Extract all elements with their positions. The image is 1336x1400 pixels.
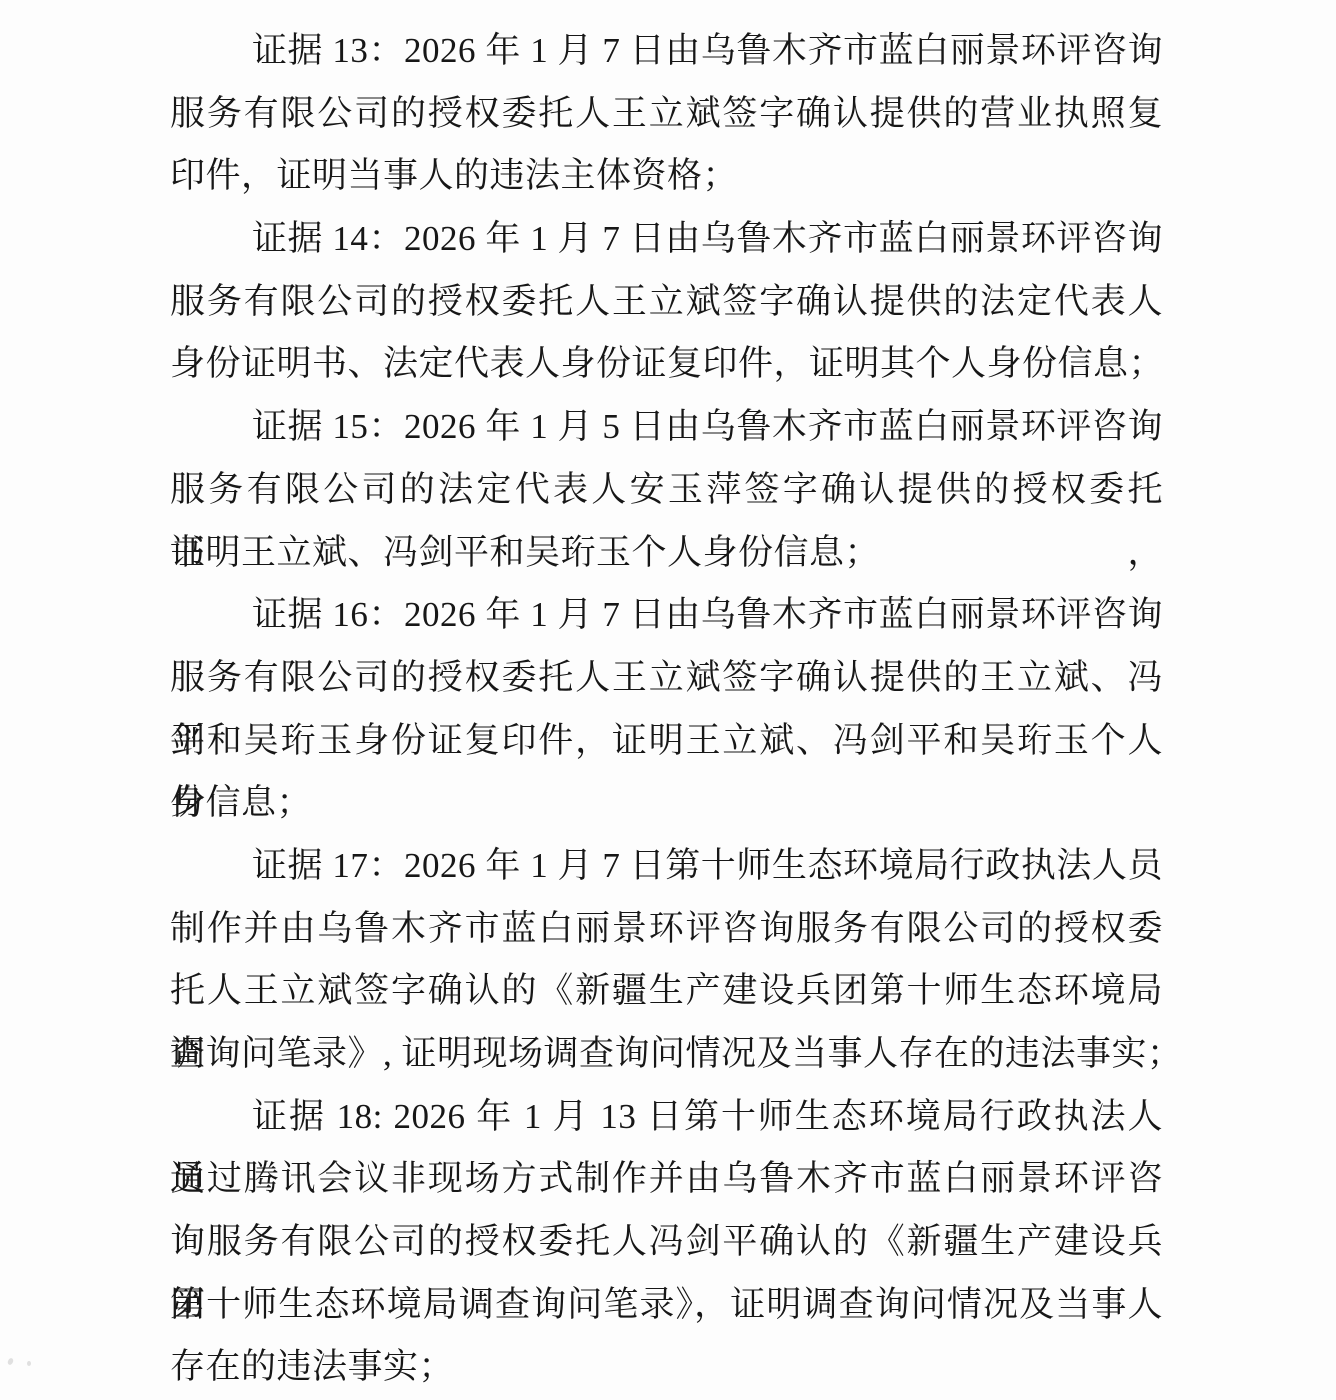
document-page: 证据 13：2026 年 1 月 7 日由乌鲁木齐市蓝白丽景环评咨询 服务有限公… xyxy=(0,0,1336,1400)
evidence-paragraph-15: 证据 15：2026 年 1 月 5 日由乌鲁木齐市蓝白丽景环评咨询 服务有限公… xyxy=(170,396,1163,584)
text-line: 证据 13：2026 年 1 月 7 日由乌鲁木齐市蓝白丽景环评咨询 xyxy=(170,20,1163,83)
text-line: 询服务有限公司的授权委托人冯剑平确认的《新疆生产建设兵团 xyxy=(170,1211,1163,1274)
scan-speck xyxy=(7,1357,14,1365)
text-line: 通过腾讯会议非现场方式制作并由乌鲁木齐市蓝白丽景环评咨 xyxy=(170,1148,1163,1211)
text-line: 服务有限公司的法定代表人安玉萍签字确认提供的授权委托书， xyxy=(170,459,1163,522)
text-line: 查询问笔录》, 证明现场调查询问情况及当事人存在的违法事实； xyxy=(170,1023,1163,1086)
evidence-paragraph-14: 证据 14：2026 年 1 月 7 日由乌鲁木齐市蓝白丽景环评咨询 服务有限公… xyxy=(170,208,1163,396)
text-line: 份信息； xyxy=(170,772,1163,835)
text-line: 身份证明书、法定代表人身份证复印件，证明其个人身份信息； xyxy=(170,333,1163,396)
text-line: 证据 17：2026 年 1 月 7 日第十师生态环境局行政执法人员 xyxy=(170,835,1163,898)
text-line: 证据 14：2026 年 1 月 7 日由乌鲁木齐市蓝白丽景环评咨询 xyxy=(170,208,1163,271)
scan-speck xyxy=(27,1361,31,1366)
document-body-text: 证据 13：2026 年 1 月 7 日由乌鲁木齐市蓝白丽景环评咨询 服务有限公… xyxy=(170,20,1163,1399)
text-line: 证据 18: 2026 年 1 月 13 日第十师生态环境局行政执法人员 xyxy=(170,1086,1163,1149)
text-line: 托人王立斌签字确认的《新疆生产建设兵团第十师生态环境局调 xyxy=(170,960,1163,1023)
text-line: 证据 16：2026 年 1 月 7 日由乌鲁木齐市蓝白丽景环评咨询 xyxy=(170,584,1163,647)
evidence-paragraph-16: 证据 16：2026 年 1 月 7 日由乌鲁木齐市蓝白丽景环评咨询 服务有限公… xyxy=(170,584,1163,835)
text-line: 服务有限公司的授权委托人王立斌签字确认提供的营业执照复 xyxy=(170,83,1163,146)
evidence-paragraph-13: 证据 13：2026 年 1 月 7 日由乌鲁木齐市蓝白丽景环评咨询 服务有限公… xyxy=(170,20,1163,208)
text-line: 证据 15：2026 年 1 月 5 日由乌鲁木齐市蓝白丽景环评咨询 xyxy=(170,396,1163,459)
text-line: 服务有限公司的授权委托人王立斌签字确认提供的法定代表人 xyxy=(170,271,1163,334)
text-line: 第十师生态环境局调查询问笔录》，证明调查询问情况及当事人 xyxy=(170,1274,1163,1337)
text-line: 制作并由乌鲁木齐市蓝白丽景环评咨询服务有限公司的授权委 xyxy=(170,898,1163,961)
text-line: 平和吴珩玉身份证复印件，证明王立斌、冯剑平和吴珩玉个人身 xyxy=(170,710,1163,773)
evidence-paragraph-17: 证据 17：2026 年 1 月 7 日第十师生态环境局行政执法人员 制作并由乌… xyxy=(170,835,1163,1086)
evidence-paragraph-18: 证据 18: 2026 年 1 月 13 日第十师生态环境局行政执法人员 通过腾… xyxy=(170,1086,1163,1399)
text-line: 印件，证明当事人的违法主体资格； xyxy=(170,145,1163,208)
text-line: 服务有限公司的授权委托人王立斌签字确认提供的王立斌、冯剑 xyxy=(170,647,1163,710)
text-line: 存在的违法事实； xyxy=(170,1336,1163,1399)
